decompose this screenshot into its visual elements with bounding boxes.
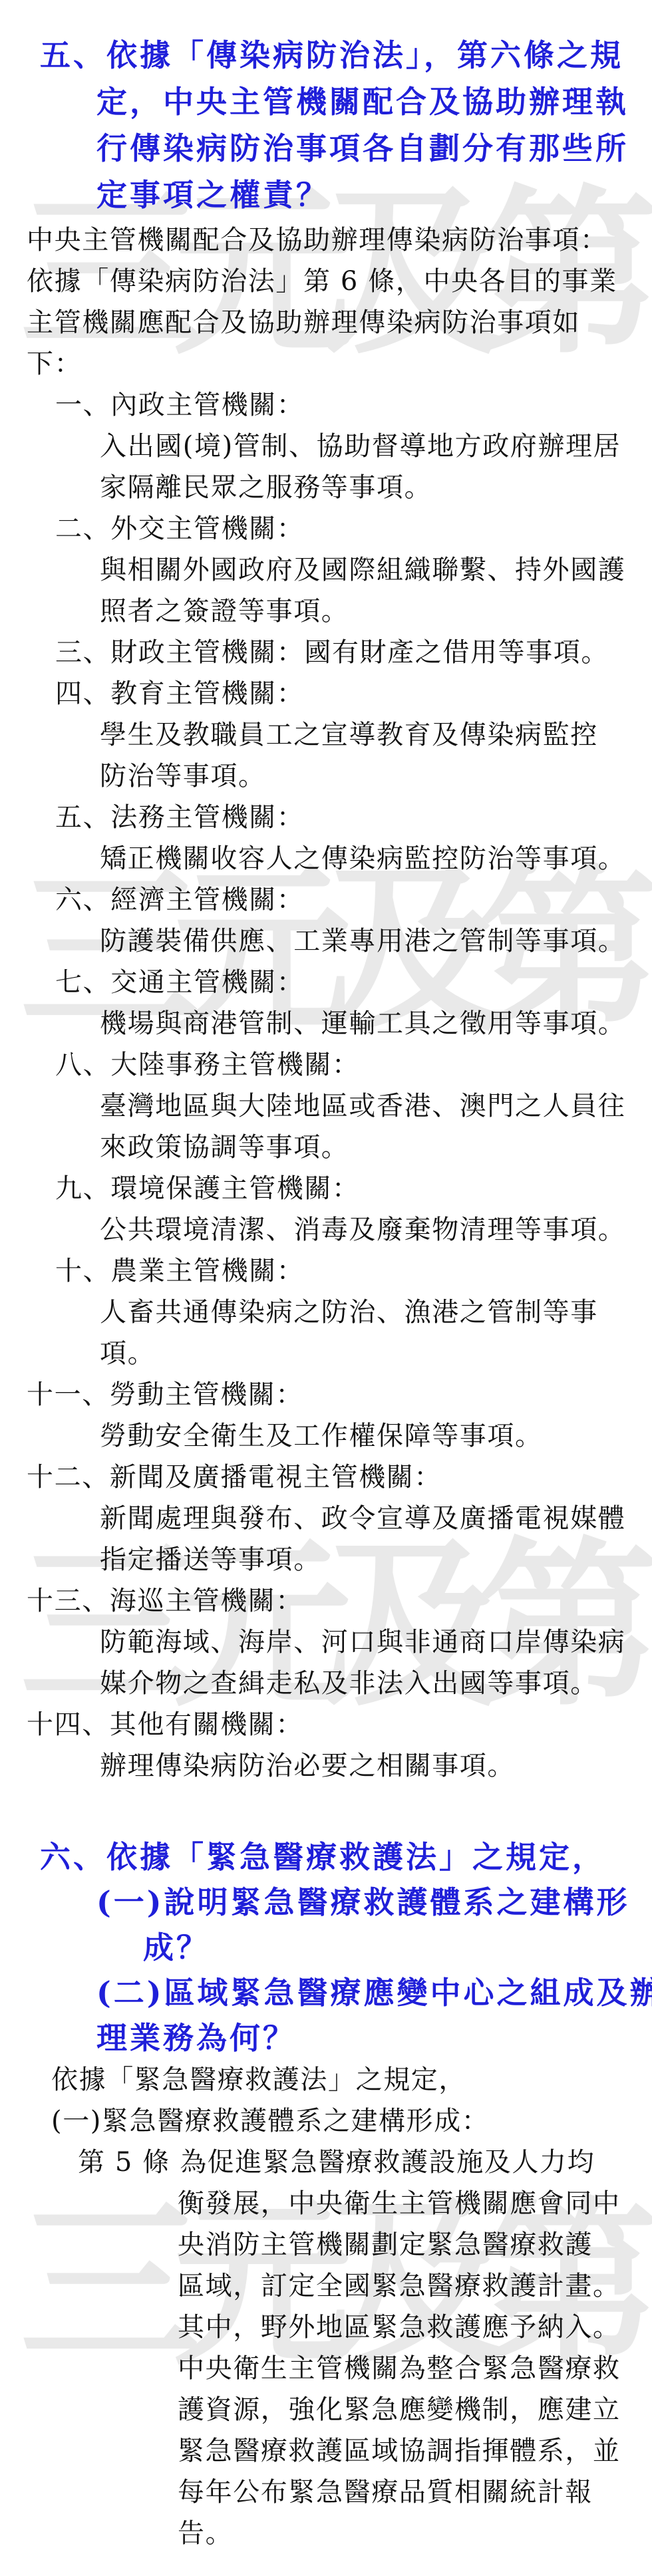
text-line: 十、農業主管機關： — [0, 1250, 652, 1292]
text-line: 八、大陸事務主管機關： — [0, 1044, 652, 1085]
text-line: 來政策協調等事項。 — [0, 1127, 652, 1168]
text-line: 其中，野外地區緊急救護應予納入。 — [0, 2307, 652, 2348]
text-line: 五、依據「傳染病防治法」，第六條之規 — [0, 32, 652, 78]
text-line: 矯正機關收容人之傳染病監控防治等事項。 — [0, 838, 652, 879]
text-line: 一、內政主管機關： — [0, 384, 652, 426]
text-line: 五、法務主管機關： — [0, 797, 652, 838]
text-line: 入出國(境)管制、協助督導地方政府辦理居 — [0, 426, 652, 467]
text-line: 護資源，強化緊急應變機制，應建立 — [0, 2389, 652, 2430]
text-line: 二、外交主管機關： — [0, 508, 652, 549]
text-line: 緊急醫療救護區域協調指揮體系，並 — [0, 2430, 652, 2472]
text-line: 臺灣地區與大陸地區或香港、澳門之人員往 — [0, 1085, 652, 1127]
text-line: 成？ — [0, 1925, 652, 1970]
text-line: 指定播送等事項。 — [0, 1539, 652, 1580]
text-line: 衡發展，中央衛生主管機關應會同中 — [0, 2183, 652, 2224]
text-line: 防範海域、海岸、河口與非通商口岸傳染病 — [0, 1622, 652, 1663]
text-line: 人畜共通傳染病之防治、漁港之管制等事 — [0, 1292, 652, 1333]
question-5-answer: 中央主管機關配合及協助辦理傳染病防治事項：依據「傳染病防治法」第 6 條，中央各… — [0, 219, 652, 1787]
text-line: 九、環境保護主管機關： — [0, 1168, 652, 1209]
text-line: 家隔離民眾之服務等事項。 — [0, 467, 652, 508]
question-6-answer: 依據「緊急醫療救護法」之規定，(一)緊急醫療救護體系之建構形成：第 5 條 為促… — [0, 2059, 652, 2554]
text-line: 媒介物之查緝走私及非法入出國等事項。 — [0, 1663, 652, 1704]
text-line: (一)說明緊急醫療救護體系之建構形 — [0, 1880, 652, 1925]
text-line: 與相關外國政府及國際組織聯繫、持外國護 — [0, 549, 652, 591]
text-line: 下： — [0, 343, 652, 384]
text-line: 每年公布緊急醫療品質相關統計報 — [0, 2472, 652, 2513]
document-page: 五、依據「傳染病防治法」，第六條之規定，中央主管機關配合及協助辦理執行傳染病防治… — [0, 32, 652, 2554]
text-line: 十三、海巡主管機關： — [0, 1580, 652, 1622]
text-line: (一)緊急醫療救護體系之建構形成： — [0, 2100, 652, 2142]
text-line: 理業務為何？ — [0, 2015, 652, 2061]
text-line: 公共環境清潔、消毒及廢棄物清理等事項。 — [0, 1209, 652, 1250]
question-5-heading: 五、依據「傳染病防治法」，第六條之規定，中央主管機關配合及協助辦理執行傳染病防治… — [0, 32, 652, 218]
text-line: 六、經濟主管機關： — [0, 879, 652, 921]
text-line: 學生及教職員工之宣導教育及傳染病監控 — [0, 714, 652, 756]
text-line: 主管機關應配合及協助辦理傳染病防治事項如 — [0, 302, 652, 343]
text-line: 依據「緊急醫療救護法」之規定， — [0, 2059, 652, 2100]
text-line: 第 5 條 為促進緊急醫療救護設施及人力均 — [0, 2142, 652, 2183]
text-line: (二)區域緊急醫療應變中心之組成及辦 — [0, 1970, 652, 2015]
text-line: 七、交通主管機關： — [0, 962, 652, 1003]
text-line: 十四、其他有關機關： — [0, 1704, 652, 1745]
text-line: 中央主管機關配合及協助辦理傳染病防治事項： — [0, 219, 652, 261]
text-line: 辦理傳染病防治必要之相關事項。 — [0, 1745, 652, 1787]
text-line: 勞動安全衛生及工作權保障等事項。 — [0, 1415, 652, 1457]
text-line: 六、依據「緊急醫療救護法」之規定， — [0, 1834, 652, 1880]
text-line: 十一、勞動主管機關： — [0, 1374, 652, 1415]
text-line: 防治等事項。 — [0, 756, 652, 797]
text-line: 新聞處理與發布、政令宣導及廣播電視媒體 — [0, 1498, 652, 1539]
text-line: 定，中央主管機關配合及協助辦理執 — [0, 78, 652, 125]
text-line: 依據「傳染病防治法」第 6 條，中央各目的事業 — [0, 261, 652, 302]
text-line: 機場與商港管制、運輸工具之徵用等事項。 — [0, 1003, 652, 1044]
text-line: 四、教育主管機關： — [0, 673, 652, 714]
text-line: 定事項之權責？ — [0, 172, 652, 218]
text-line: 防護裝備供應、工業專用港之管制等事項。 — [0, 921, 652, 962]
text-line: 央消防主管機關劃定緊急醫療救護 — [0, 2224, 652, 2265]
text-line: 項。 — [0, 1333, 652, 1374]
text-line: 行傳染病防治事項各自劃分有那些所 — [0, 125, 652, 172]
text-line: 中央衛生主管機關為整合緊急醫療救 — [0, 2348, 652, 2389]
text-line: 十二、新聞及廣播電視主管機關： — [0, 1457, 652, 1498]
text-line: 區域，訂定全國緊急醫療救護計畫。 — [0, 2265, 652, 2307]
text-line: 三、財政主管機關：國有財產之借用等事項。 — [0, 632, 652, 673]
question-6-heading: 六、依據「緊急醫療救護法」之規定，(一)說明緊急醫療救護體系之建構形成？(二)區… — [0, 1834, 652, 2061]
text-line: 照者之簽證等事項。 — [0, 591, 652, 632]
text-line: 告。 — [0, 2513, 652, 2554]
